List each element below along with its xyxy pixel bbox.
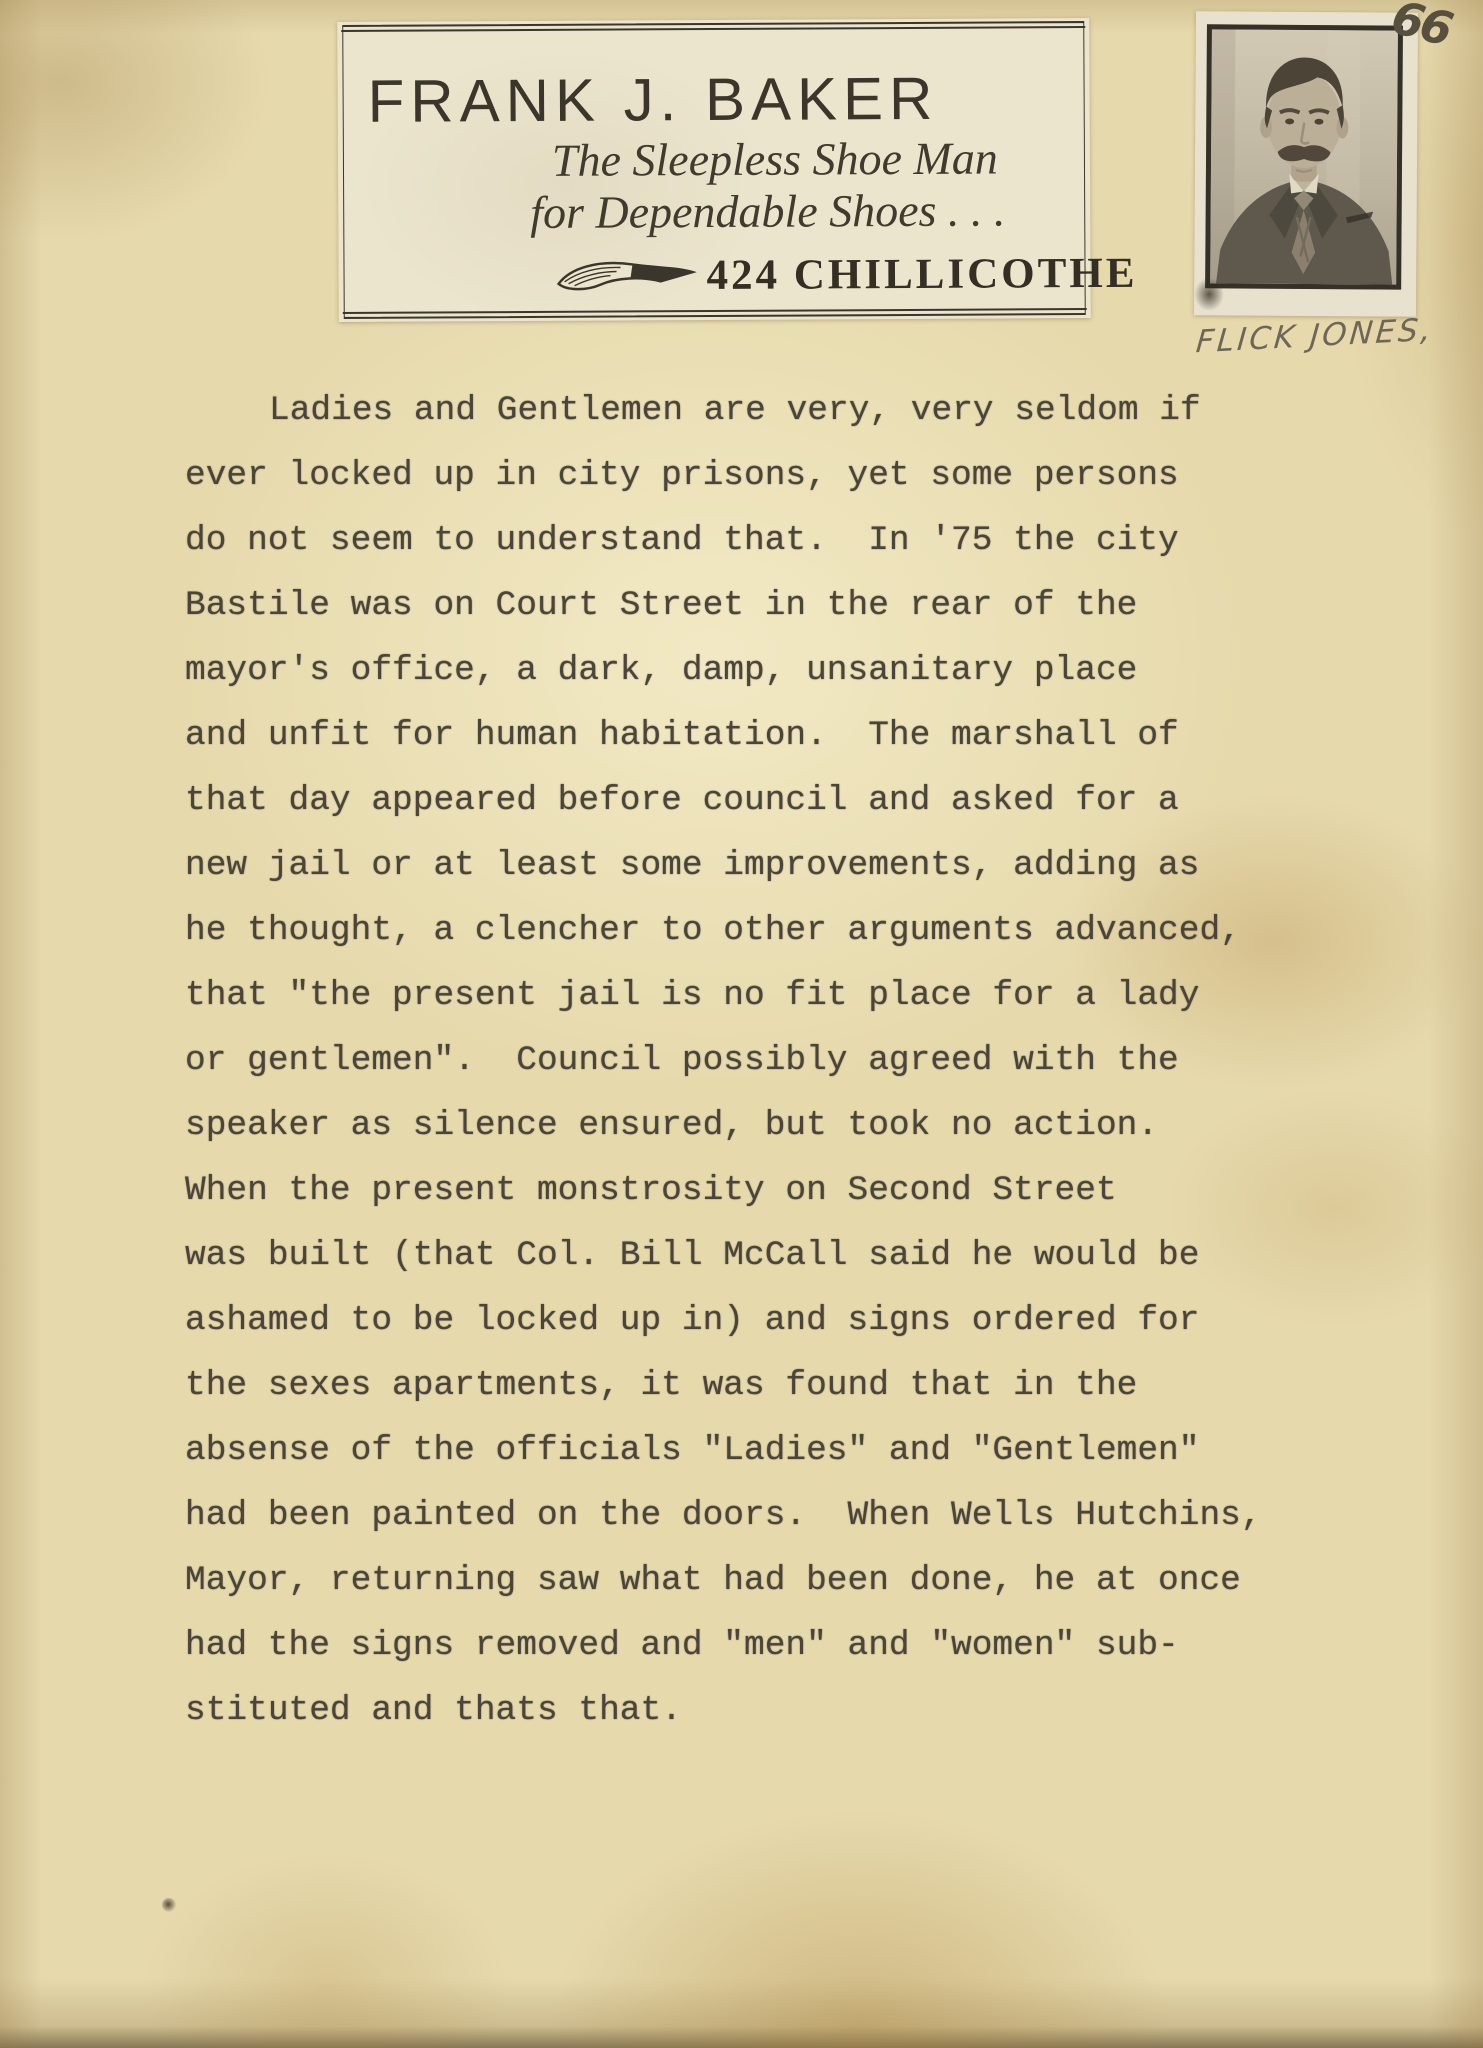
typed-line: When the present monstrosity on Second S… [185,1158,1275,1223]
typed-line: he thought, a clencher to other argument… [185,898,1275,963]
typed-line: ashamed to be locked up in) and signs or… [185,1288,1275,1353]
typed-line: stituted and thats that. [185,1678,1275,1743]
scrapbook-page: FRANK J. BAKER The Sleepless Shoe Man fo… [0,0,1483,2048]
typed-line: was built (that Col. Bill McCall said he… [185,1223,1275,1288]
photo-caption-handwriting: FLICK JONES, [1195,312,1436,361]
typed-line: had been painted on the doors. When Well… [185,1483,1275,1548]
ink-spot [162,1898,176,1912]
ad-tagline-line2: for Dependable Shoes . . . [530,183,1006,238]
typed-line: Mayor, returning saw what had been done,… [185,1548,1275,1613]
typed-line: Ladies and Gentlemen are very, very seld… [185,378,1275,443]
typed-line: had the signs removed and "men" and "wom… [185,1613,1275,1678]
ad-business-name: FRANK J. BAKER [367,64,938,136]
typed-line: ever locked up in city prisons, yet some… [185,443,1275,508]
typed-line: or gentlemen". Council possibly agreed w… [185,1028,1275,1093]
ad-tagline-line1: The Sleepless Shoe Man [552,132,998,187]
photo-clipping [1194,11,1418,317]
ad-address: 424 CHILLICOTHE [706,249,1137,300]
typed-line: speaker as silence ensured, but took no … [185,1093,1275,1158]
typed-line: do not seem to understand that. In '75 t… [185,508,1275,573]
typed-line: Bastile was on Court Street in the rear … [185,573,1275,638]
photo-smudge [1194,277,1224,311]
portrait-man-illustration [1210,29,1398,284]
ad-address-row: 424 CHILLICOTHE [554,249,1137,301]
typed-line: new jail or at least some improvements, … [185,833,1275,898]
ad-frame: FRANK J. BAKER The Sleepless Shoe Man fo… [342,21,1086,319]
typed-line: the sexes apartments, it was found that … [185,1353,1275,1418]
typed-line: that day appeared before council and ask… [185,768,1275,833]
typed-text-block: Ladies and Gentlemen are very, very seld… [185,378,1275,1743]
typed-line: and unfit for human habitation. The mars… [185,703,1275,768]
typed-line: absense of the officials "Ladies" and "G… [185,1418,1275,1483]
shoe-swoosh-icon [554,255,696,298]
ad-clipping: FRANK J. BAKER The Sleepless Shoe Man fo… [337,18,1091,322]
typed-line: mayor's office, a dark, damp, unsanitary… [185,638,1275,703]
portrait-photo [1205,24,1403,289]
typed-line: that "the present jail is no fit place f… [185,963,1275,1028]
